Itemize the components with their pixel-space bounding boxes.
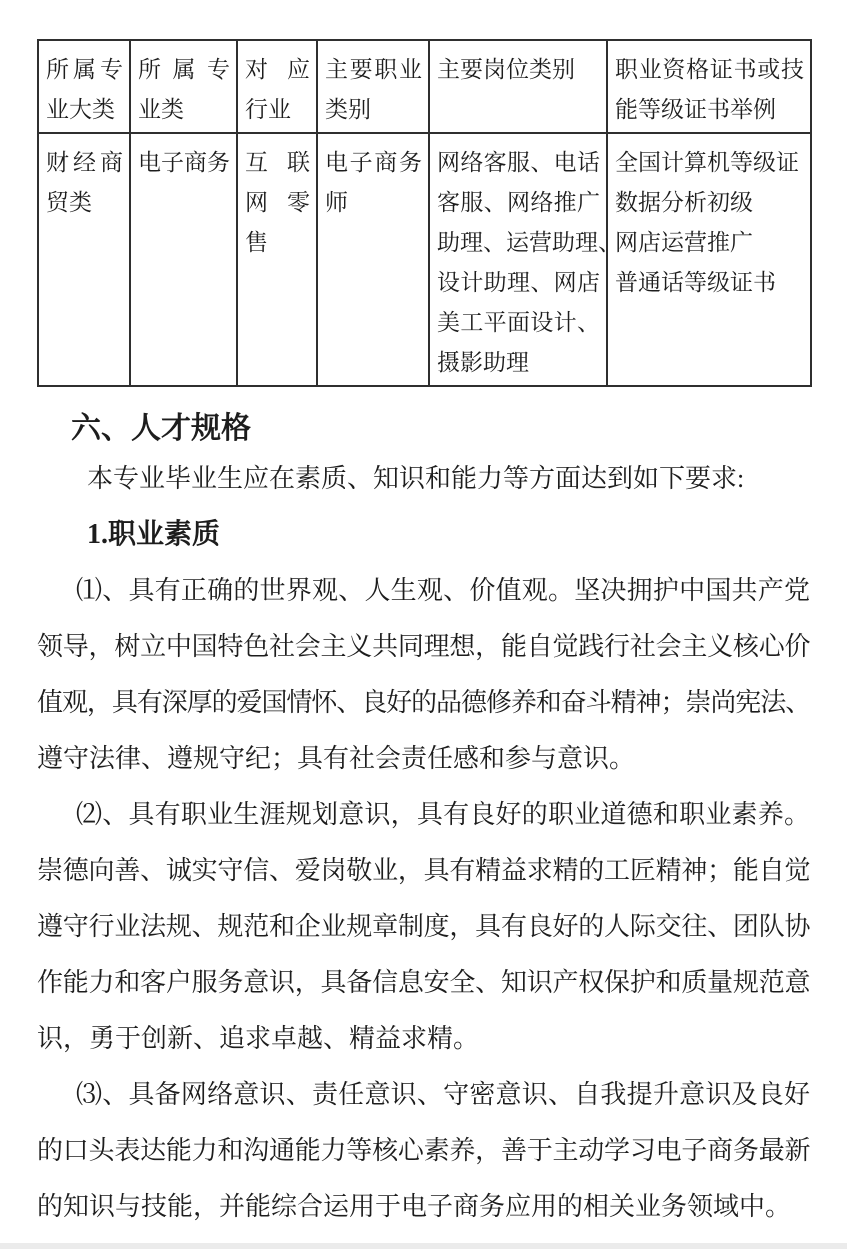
subsection-heading: 1.职业素质 [37, 507, 810, 563]
header-line: 业类 [138, 90, 230, 130]
cell-line: 电子商务 [138, 143, 230, 183]
paragraph-line: 遵守法律、遵规守纪；具有社会责任感和参与意识。 [37, 731, 810, 787]
header-line: 类别 [325, 90, 422, 130]
header-cell-post-type: 主要岗位类别 [429, 40, 607, 133]
header-line: 主要职业 [325, 50, 422, 90]
paragraph-line: 领导，树立中国特色社会主义共同理想，能自觉践行社会主义核心价 [37, 619, 810, 675]
program-occupation-table: 所属专 业大类 所属专 业类 对应 行业 主要职业 类别 主要岗位类别 职业资格… [37, 39, 812, 387]
cell-line: 助理、运营助理、 [437, 223, 600, 263]
paragraph-line: 值观，具有深厚的爱国情怀、良好的品德修养和奋斗精神；崇尚宪法、 [37, 675, 810, 731]
paragraph-line: 遵守行业法规、规范和企业规章制度，具有良好的人际交往、团队协 [37, 899, 810, 955]
paragraph-line: ⑴、具有正确的世界观、人生观、价值观。坚决拥护中国共产党 [37, 563, 810, 619]
cell-line: 网店运营推广 [615, 223, 804, 263]
cell-line: 财经商 [46, 143, 123, 183]
paragraph-line: 识，勇于创新、追求卓越、精益求精。 [37, 1011, 810, 1067]
paragraph-line: 崇德向善、诚实守信、爱岗敬业，具有精益求精的工匠精神；能自觉 [37, 843, 810, 899]
header-cell-occupation: 主要职业 类别 [317, 40, 429, 133]
header-cell-major-group: 所属专 业大类 [38, 40, 130, 133]
paragraph-line: 作能力和客户服务意识，具备信息安全、知识产权保护和质量规范意 [37, 955, 810, 1011]
cell-line: 师 [325, 183, 422, 223]
cell-line: 电子商务 [325, 143, 422, 183]
cell-major-class: 电子商务 [130, 133, 237, 386]
cell-post-type: 网络客服、电话 客服、网络推广 助理、运营助理、 设计助理、网店 美工平面设计、… [429, 133, 607, 386]
header-cell-industry: 对应 行业 [237, 40, 317, 133]
cell-line: 摄影助理 [437, 343, 600, 383]
cell-line: 网络客服、电话 [437, 143, 600, 183]
header-cell-certificates: 职业资格证书或技 能等级证书举例 [607, 40, 811, 133]
intro-line: 本专业毕业生应在素质、知识和能力等方面达到如下要求: [37, 451, 810, 507]
paragraph-line: 的口头表达能力和沟通能力等核心素养，善于主动学习电子商务最新 [37, 1123, 810, 1179]
header-line: 能等级证书举例 [615, 90, 804, 130]
cell-line: 设计助理、网店 [437, 263, 600, 303]
header-line: 所属专 [138, 50, 230, 90]
cell-certificates: 全国计算机等级证 数据分析初级 网店运营推广 普通话等级证书 [607, 133, 811, 386]
cell-occupation: 电子商务 师 [317, 133, 429, 386]
cell-line: 互联 [245, 143, 310, 183]
header-line: 行业 [245, 90, 310, 130]
cell-industry: 互联 网零 售 [237, 133, 317, 386]
cell-line: 贸类 [46, 183, 123, 223]
scan-edge-shadow [0, 1243, 847, 1249]
header-line: 职业资格证书或技 [615, 50, 804, 90]
header-cell-major-class: 所属专 业类 [130, 40, 237, 133]
cell-line: 售 [245, 223, 310, 263]
cell-line: 普通话等级证书 [615, 263, 804, 303]
document-page: 所属专 业大类 所属专 业类 对应 行业 主要职业 类别 主要岗位类别 职业资格… [37, 39, 810, 1235]
paragraph-line: ⑵、具有职业生涯规划意识，具有良好的职业道德和职业素养。 [37, 787, 810, 843]
table-data-row: 财经商 贸类 电子商务 互联 网零 售 电子商务 师 网络客服、电话 客服、网络… [38, 133, 811, 386]
header-line: 对应 [245, 50, 310, 90]
header-line: 业大类 [46, 90, 123, 130]
section-heading: 六、人才规格 [37, 406, 810, 451]
cell-line: 网零 [245, 183, 310, 223]
header-line: 主要岗位类别 [437, 50, 600, 90]
header-line: 所属专 [46, 50, 123, 90]
cell-line: 客服、网络推广 [437, 183, 600, 223]
paragraph-line: ⑶、具备网络意识、责任意识、守密意识、自我提升意识及良好 [37, 1067, 810, 1123]
section-talent-spec: 六、人才规格 本专业毕业生应在素质、知识和能力等方面达到如下要求: 1.职业素质… [37, 406, 810, 1235]
cell-line: 美工平面设计、 [437, 303, 600, 343]
cell-major-group: 财经商 贸类 [38, 133, 130, 386]
cell-line: 数据分析初级 [615, 183, 804, 223]
cell-line: 全国计算机等级证 [615, 143, 804, 183]
table-header-row: 所属专 业大类 所属专 业类 对应 行业 主要职业 类别 主要岗位类别 职业资格… [38, 40, 811, 133]
paragraph-line: 的知识与技能，并能综合运用于电子商务应用的相关业务领域中。 [37, 1179, 810, 1235]
